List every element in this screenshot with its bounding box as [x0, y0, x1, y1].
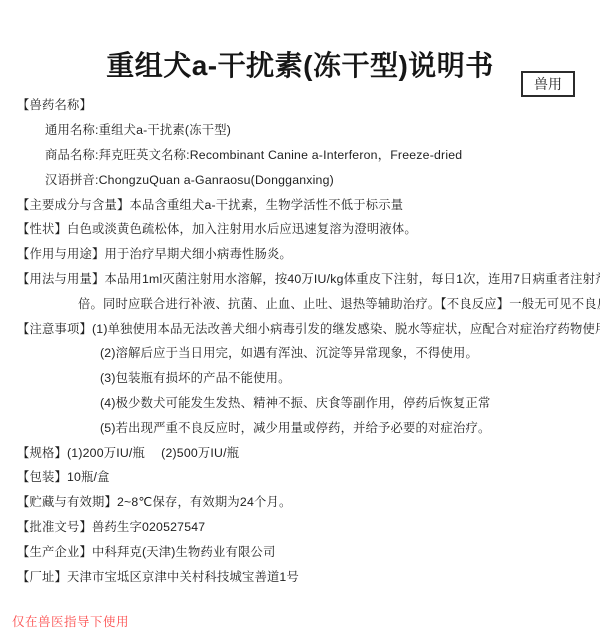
doc-line: 商品名称:拜克旺英文名称:Recombinant Canine a-Interf…: [0, 142, 600, 167]
doc-line: (3)包装瓶有损坏的产品不能使用。: [0, 365, 600, 390]
doc-line: 【主要成分与含量】本品含重组犬a-干扰素，生物学活性不低于标示量: [0, 191, 600, 216]
doc-line: 【作用与用途】用于治疗早期犬细小病毒性肠炎。: [0, 241, 600, 266]
doc-line: 【注意事项】(1)单独使用本品无法改善犬细小病毒引发的继发感染、脱水等症状，应配…: [0, 315, 600, 340]
doc-line: (2)溶解后应于当日用完，如遇有浑浊、沉淀等异常现象，不得使用。: [0, 340, 600, 365]
doc-line: 倍。同时应联合进行补液、抗菌、止血、止吐、退热等辅助治疗。【不良反应】一般无可见…: [0, 290, 600, 315]
doc-line: (5)若出现严重不良反应时，减少用量或停药，并给予必要的对症治疗。: [0, 414, 600, 439]
doc-line: 通用名称:重组犬a-干扰素(冻干型): [0, 117, 600, 142]
document-body: 【兽药名称】通用名称:重组犬a-干扰素(冻干型)商品名称:拜克旺英文名称:Rec…: [0, 92, 600, 588]
leaflet-page: 重组犬a-干扰素(冻干型)说明书 兽用 【兽药名称】通用名称:重组犬a-干扰素(…: [0, 0, 600, 640]
doc-line: (4)极少数犬可能发生发热、精神不振、庆食等副作用，停药后恢复正常: [0, 390, 600, 415]
doc-line: 【批准文号】兽药生字020527547: [0, 514, 600, 539]
doc-line: 【性状】白色或淡黄色疏松体，加入注射用水后应迅速复溶为澄明液体。: [0, 216, 600, 241]
doc-line: 【生产企业】中科拜克(天津)生物药业有限公司: [0, 538, 600, 563]
doc-line: 【兽药名称】: [0, 92, 600, 117]
title-row: 重组犬a-干扰素(冻干型)说明书: [0, 46, 600, 86]
doc-line: 【规格】(1)200万IU/瓶 (2)500万IU/瓶: [0, 439, 600, 464]
page-title: 重组犬a-干扰素(冻干型)说明书: [0, 46, 600, 86]
vet-guidance-note: 仅在兽医指导下使用: [12, 612, 129, 630]
doc-line: 【用法与用量】本品用1ml灭菌注射用水溶解，按40万IU/kg体重皮下注射，每日…: [0, 266, 600, 291]
doc-line: 【厂址】天津市宝坻区京津中关村科技城宝善道1号: [0, 563, 600, 588]
doc-line: 【贮藏与有效期】2~8℃保存，有效期为24个月。: [0, 489, 600, 514]
doc-line: 汉语拼音:ChongzuQuan a-Ganraosu(Dongganxing): [0, 166, 600, 191]
doc-line: 【包装】10瓶/盒: [0, 464, 600, 489]
